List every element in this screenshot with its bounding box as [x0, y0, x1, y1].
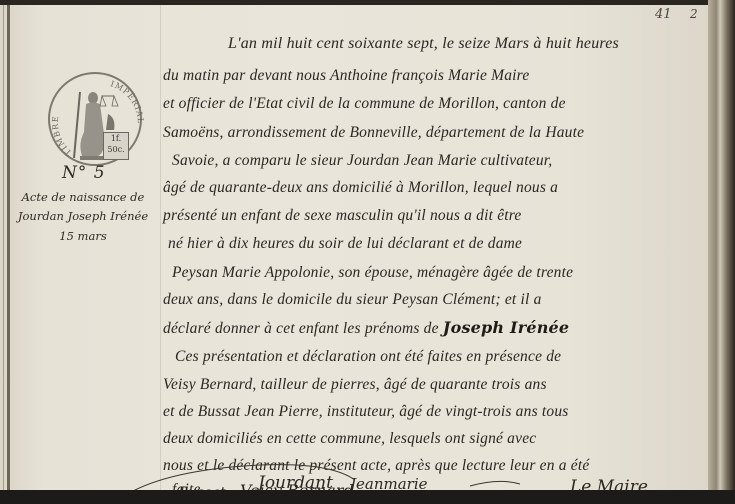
act-number: N° 5: [62, 163, 106, 183]
stamp-price: 1f. 50c.: [103, 132, 129, 160]
body-line-10: deux ans, dans le domicile du sieur Peys…: [163, 291, 542, 309]
body-line-12: Ces présentation et déclaration ont été …: [175, 348, 561, 366]
folio-number-secondary: 2: [690, 7, 698, 21]
folio-number: 41: [655, 7, 672, 22]
scan-bottom-edge: [0, 490, 735, 504]
svg-text:TIMBRE: TIMBRE: [51, 115, 74, 157]
body-line-3: et officier de l'Etat civil de la commun…: [163, 95, 566, 113]
margin-note-line-2: Jourdan Joseph Irénée: [8, 209, 158, 223]
margin-rule: [160, 5, 161, 491]
body-line-4: Samoëns, arrondissement de Bonneville, d…: [163, 124, 584, 142]
stamp-price-centimes: 50c.: [104, 144, 128, 155]
svg-text:IMPÉRIAL: IMPÉRIAL: [109, 79, 144, 124]
body-line-6: âgé de quarante-deux ans domicilié à Mor…: [163, 179, 558, 197]
body-line-16: nous et le déclarant le présent acte, ap…: [163, 457, 589, 475]
body-line-8: né hier à dix heures du soir de lui décl…: [168, 235, 522, 253]
body-line-2: du matin par devant nous Anthoine franço…: [163, 67, 529, 85]
body-line-14: et de Bussat Jean Pierre, instituteur, â…: [163, 403, 569, 421]
child-given-names: Joseph Irénée: [443, 318, 570, 337]
body-line-11-text: déclaré donner à cet enfant les prénoms …: [163, 320, 439, 337]
body-line-9: Peysan Marie Appolonie, son épouse, ména…: [172, 264, 573, 282]
margin-note-line-1: Acte de naissance de: [8, 190, 158, 204]
register-page: 41 2 TIMBRE IMPÉRIAL 1f. 50c.: [0, 5, 708, 491]
stamp-figure-icon: TIMBRE IMPÉRIAL: [50, 74, 144, 168]
stamp-price-francs: 1f.: [104, 133, 128, 144]
page-edge-stack: [708, 0, 735, 504]
body-line-11: déclaré donner à cet enfant les prénoms …: [163, 318, 569, 338]
body-line-7: présenté un enfant de sexe masculin qu'i…: [163, 207, 522, 225]
body-line-1: L'an mil huit cent soixante sept, le sei…: [228, 35, 619, 53]
body-line-15: deux domiciliés en cette commune, lesque…: [163, 430, 536, 448]
binding-edge: [3, 5, 4, 491]
body-line-5: Savoie, a comparu le sieur Jourdan Jean …: [172, 152, 552, 170]
margin-note-line-3: 15 mars: [8, 229, 158, 243]
body-line-13: Veisy Bernard, tailleur de pierres, âgé …: [163, 376, 547, 394]
timbre-imperial-stamp: TIMBRE IMPÉRIAL 1f. 50c.: [48, 72, 142, 166]
stamp-right-text: IMPÉRIAL: [109, 79, 144, 124]
binding-gutter: [7, 5, 10, 491]
stamp-left-text: TIMBRE: [51, 115, 74, 157]
